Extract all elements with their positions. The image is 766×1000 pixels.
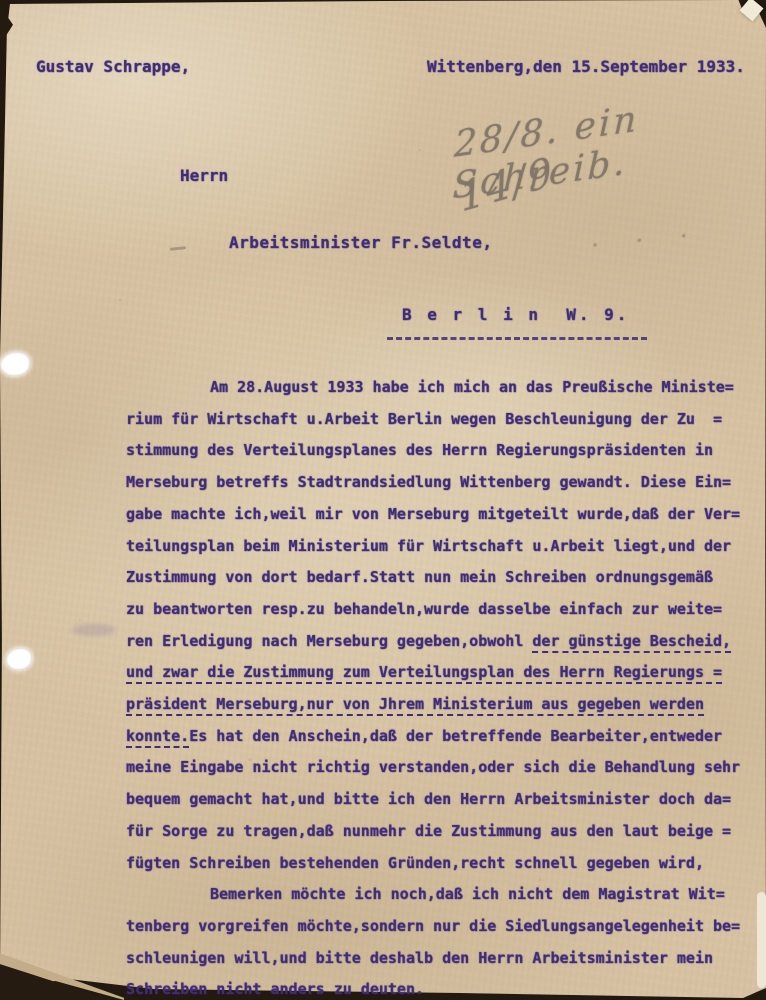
letter-body: Am 28.August 1933 habe ich mich an das P… bbox=[126, 372, 758, 1000]
typed-text: Schreiben nicht anders zu deuten. bbox=[126, 980, 424, 998]
typed-text: zu beantworten resp.zu behandeln,wurde d… bbox=[126, 600, 722, 618]
letter-line: schleunigen will,und bitte deshalb den H… bbox=[126, 943, 758, 975]
typed-text: ren Erledigung nach Merseburg gegeben,ob… bbox=[126, 632, 532, 650]
sender-name: Gustav Schrappe, bbox=[36, 57, 190, 76]
letter-line: für Sorge zu tragen,daß nunmehr die Zust… bbox=[126, 816, 758, 848]
typed-text: teilungsplan beim Ministerium für Wirtsc… bbox=[126, 537, 731, 555]
underlined-text: präsident Merseburg,nur von Jhrem Minist… bbox=[126, 695, 704, 716]
letter-line: Merseburg betreffs Stadtrandsiedlung Wit… bbox=[126, 467, 758, 499]
city-line: B e r l i n W. 9. bbox=[402, 305, 629, 324]
paper-hole bbox=[0, 352, 30, 376]
letter-line: fügten Schreiben bestehenden Gründen,rec… bbox=[126, 848, 758, 880]
letter-line: ren Erledigung nach Merseburg gegeben,ob… bbox=[126, 626, 758, 658]
salutation: Herrn bbox=[180, 166, 228, 185]
letter-line: Am 28.August 1933 habe ich mich an das P… bbox=[126, 372, 758, 404]
typed-text: rium für Wirtschaft u.Arbeit Berlin wege… bbox=[126, 410, 722, 428]
typed-text: Am 28.August 1933 habe ich mich an das P… bbox=[210, 378, 734, 396]
letter-line: Bemerken möchte ich noch,daß ich nicht d… bbox=[126, 879, 758, 911]
date-line: Wittenberg,den 15.September 1933. bbox=[427, 57, 745, 76]
typed-text: Merseburg betreffs Stadtrandsiedlung Wit… bbox=[126, 473, 731, 491]
typed-text: Zustimmung von dort bedarf.Statt nun mei… bbox=[126, 568, 713, 586]
typed-text: für Sorge zu tragen,daß nunmehr die Zust… bbox=[126, 822, 731, 840]
letter-line: bequem gemacht hat,und bitte ich den Her… bbox=[126, 784, 758, 816]
paper-hole bbox=[6, 648, 32, 670]
letter-line: konnte.Es hat den Anschein,daß der betre… bbox=[126, 721, 758, 753]
letter-line: präsident Merseburg,nur von Jhrem Minist… bbox=[126, 689, 758, 721]
city-underline bbox=[387, 337, 647, 340]
letter-line: zu beantworten resp.zu behandeln,wurde d… bbox=[126, 594, 758, 626]
letter-line: meine Eingabe nicht richtig verstanden,o… bbox=[126, 752, 758, 784]
scanned-letter-page: Gustav Schrappe, Wittenberg,den 15.Septe… bbox=[0, 0, 766, 1000]
typed-text: meine Eingabe nicht richtig verstanden,o… bbox=[126, 758, 740, 776]
underlined-text: konnte. bbox=[126, 727, 189, 748]
letter-line: gabe machte ich,weil mir von Merseburg m… bbox=[126, 499, 758, 531]
typed-text: Bemerken möchte ich noch,daß ich nicht d… bbox=[210, 885, 725, 903]
letter-line: Zustimmung von dort bedarf.Statt nun mei… bbox=[126, 562, 758, 594]
letter-line: und zwar die Zustimmung zum Verteilungsp… bbox=[126, 657, 758, 689]
recipient-line: Arbeitsminister Fr.Seldte, bbox=[229, 233, 492, 252]
letter-line: stimmung des Verteilungsplanes des Herrn… bbox=[126, 435, 758, 467]
typed-text: Es hat den Anschein,daß der betreffende … bbox=[189, 727, 722, 745]
typed-text: gabe machte ich,weil mir von Merseburg m… bbox=[126, 505, 740, 523]
ink-smudge bbox=[72, 624, 116, 636]
typed-text: schleunigen will,und bitte deshalb den H… bbox=[126, 949, 713, 967]
typed-text: bequem gemacht hat,und bitte ich den Her… bbox=[126, 790, 731, 808]
typed-text: stimmung des Verteilungsplanes des Herrn… bbox=[126, 441, 713, 459]
underlined-text: und zwar die Zustimmung zum Verteilungsp… bbox=[126, 663, 722, 684]
letter-line: teilungsplan beim Ministerium für Wirtsc… bbox=[126, 531, 758, 563]
typed-text: tenberg vorgreifen möchte,sondern nur di… bbox=[126, 917, 740, 935]
typed-text: fügten Schreiben bestehenden Gründen,rec… bbox=[126, 854, 704, 872]
underlined-text: der günstige Bescheid, bbox=[532, 632, 731, 653]
letter-line: Schreiben nicht anders zu deuten. bbox=[126, 974, 758, 1000]
page-edge-highlight bbox=[757, 892, 766, 988]
letter-line: tenberg vorgreifen möchte,sondern nur di… bbox=[126, 911, 758, 943]
letter-line: rium für Wirtschaft u.Arbeit Berlin wege… bbox=[126, 404, 758, 436]
